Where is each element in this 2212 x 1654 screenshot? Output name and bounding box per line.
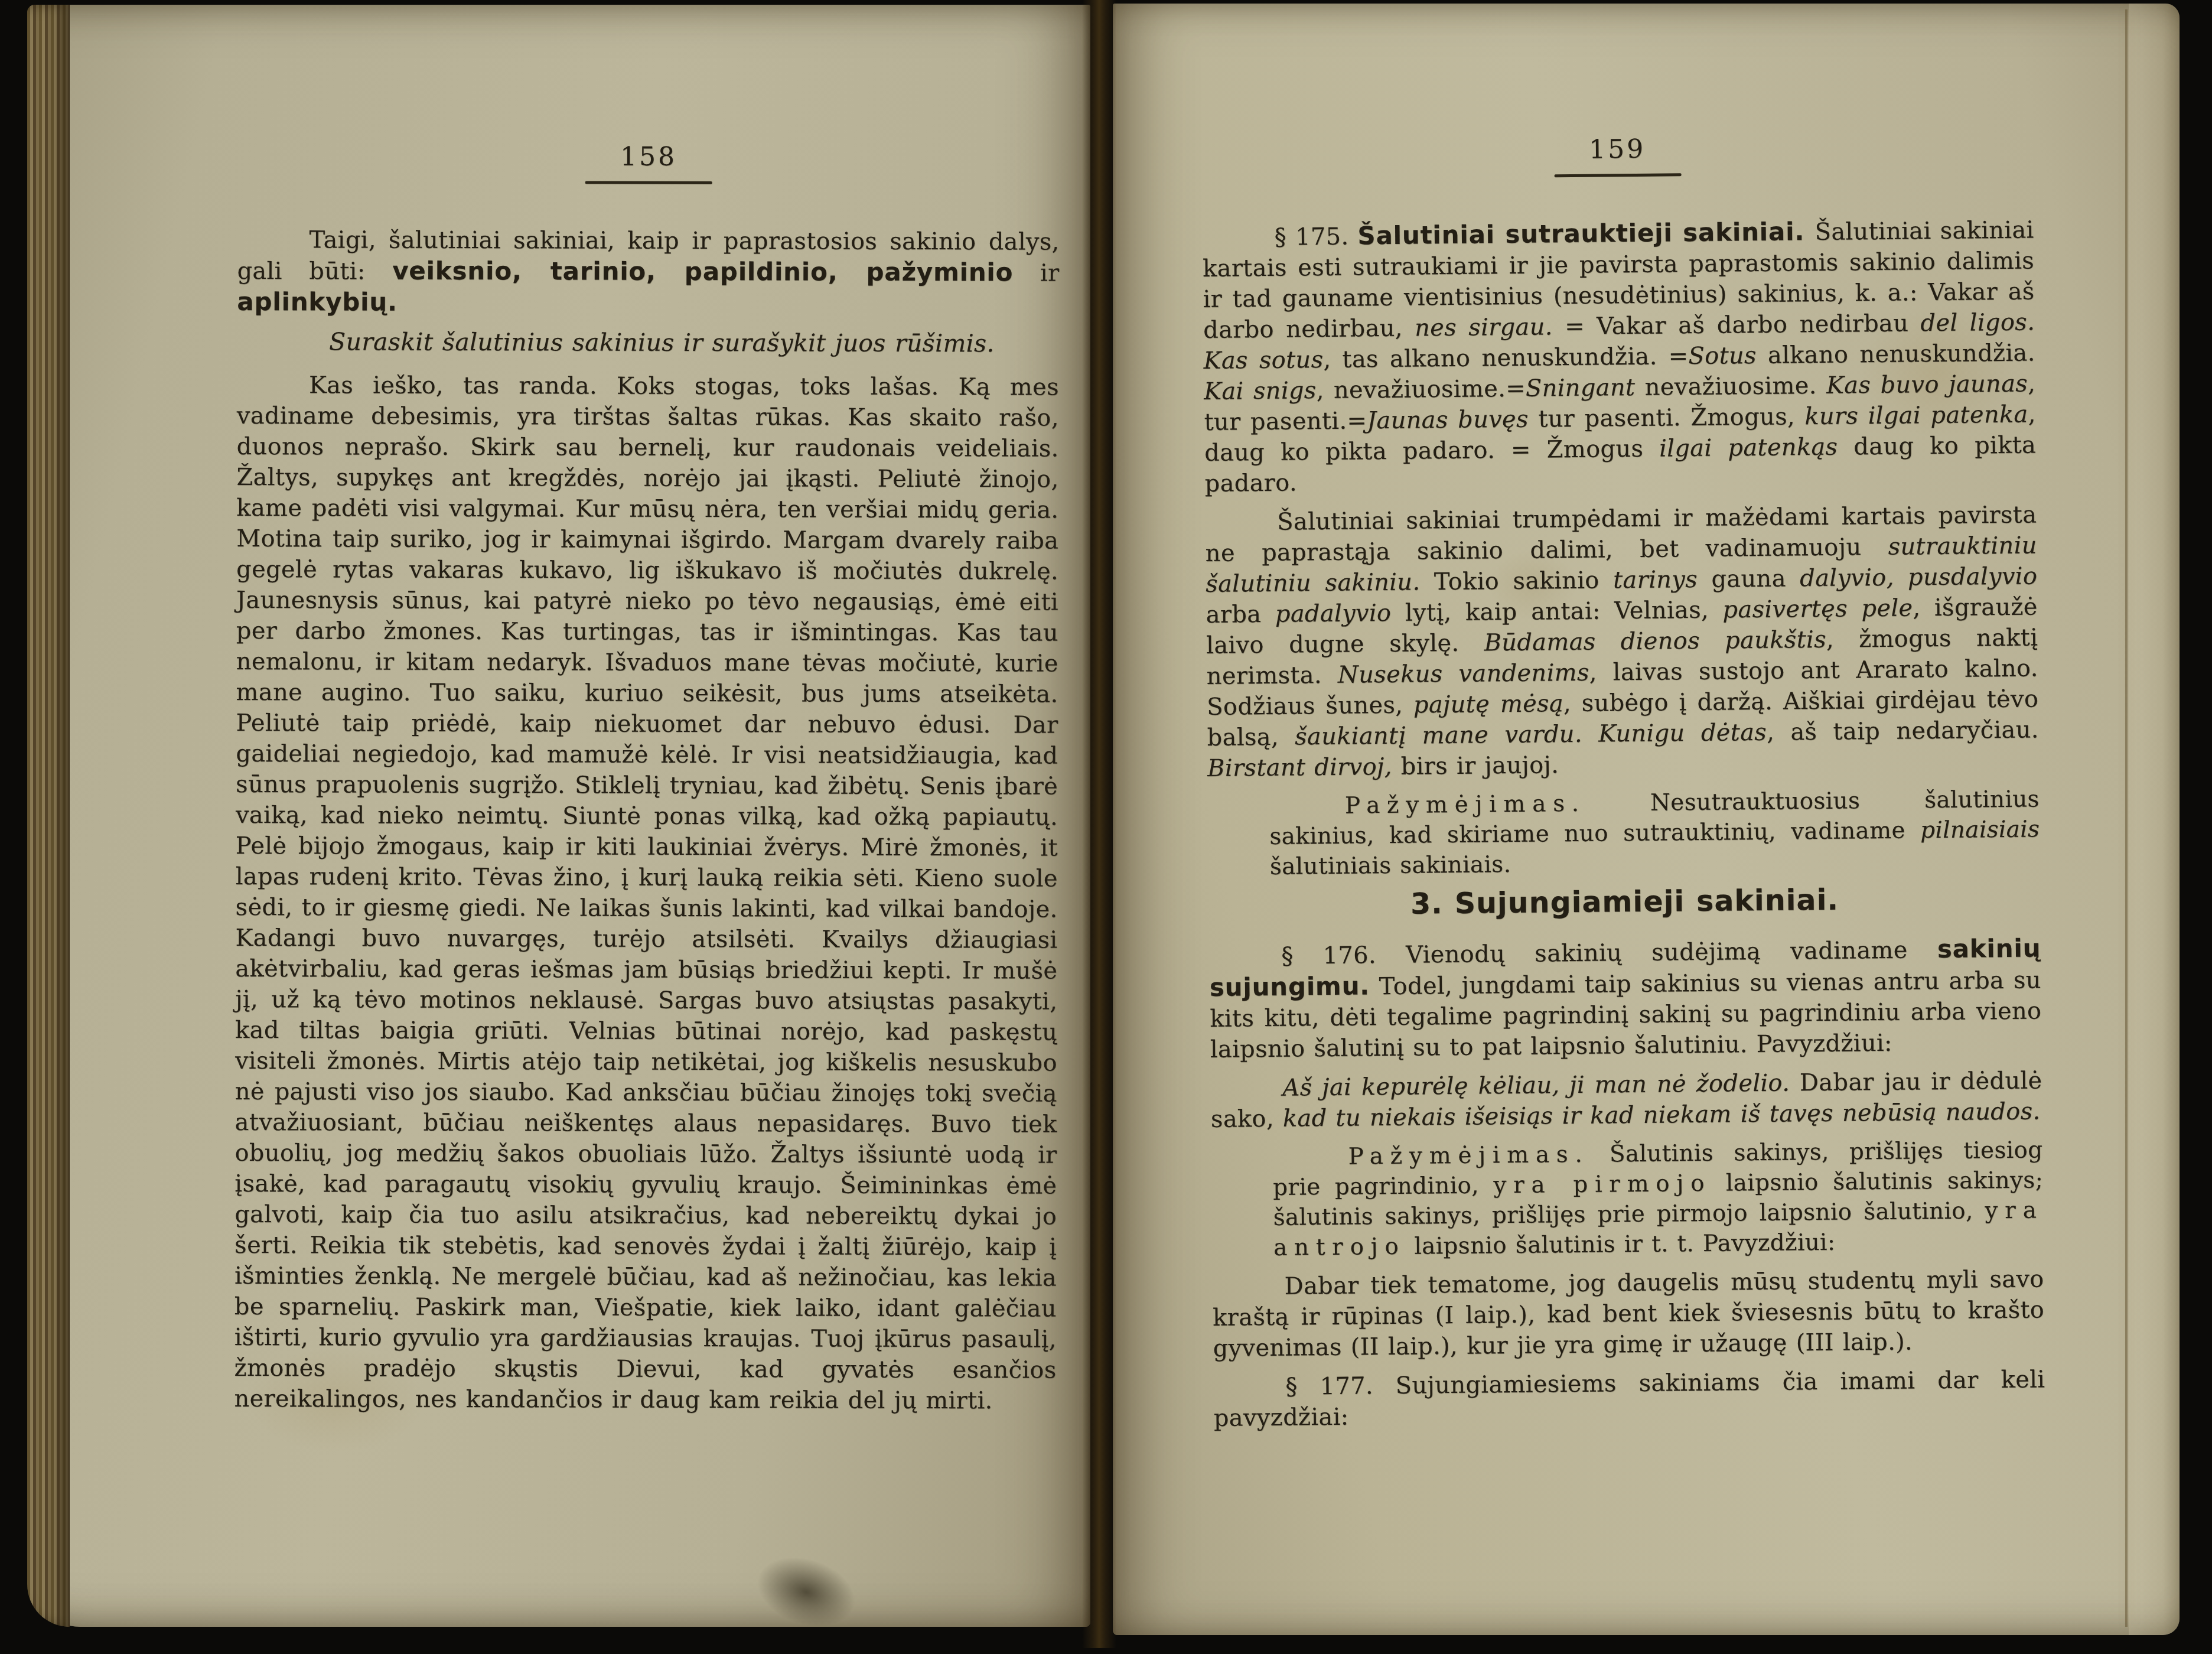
text-segment: pasivertęs pele — [1722, 594, 1913, 623]
exercise-instruction: Suraskit šalutinius sakinius ir surašyki… — [237, 326, 1059, 359]
degrees-example-paragraph: Dabar tiek tematome, jog daugelis mūsų s… — [1212, 1264, 2044, 1364]
text-segment: Birstant dirvoj, — [1207, 753, 1392, 782]
exercise-sentences-paragraph: Kas ieško, tas randa. Koks stogas, toks … — [234, 370, 1059, 1417]
text-segment: šalutiniais sakiniais. — [1270, 851, 1511, 880]
text-segment: Šalutiniai sutrauktieji sakiniai. — [1357, 217, 1815, 250]
text-segment: ilgai patenkąs — [1659, 434, 1838, 463]
left-page-blocks: Taigi, šalutiniai sakiniai, kaip ir papr… — [234, 224, 1059, 1417]
text-segment: yra pirmojo — [1493, 1170, 1711, 1199]
section-3-heading: 3. Sujungiamieji sakiniai. — [1208, 883, 2040, 923]
text-segment: Kai snigs — [1204, 377, 1317, 405]
text-segment: tarinys — [1613, 566, 1698, 594]
text-segment: Kas ieško, tas randa. Koks stogas, toks … — [234, 372, 1059, 1414]
page-fore-edge — [27, 5, 70, 1627]
text-segment: tur pasenti. Žmogus, — [1529, 403, 1805, 432]
text-segment: gauna — [1698, 565, 1800, 593]
text-segment: § 177. Sujungiamiesiems sakiniams čia im… — [1214, 1366, 2045, 1432]
text-segment: ir — [1013, 259, 1059, 286]
text-segment: Sotus — [1688, 342, 1757, 370]
text-segment: aplinkybių. — [237, 287, 398, 317]
text-segment: dalyvio, pusdalyvio — [1800, 562, 2038, 592]
text-segment: Sningant — [1526, 374, 1636, 402]
text-segment: del ligos. — [1920, 308, 2035, 337]
text-segment: Suraskit šalutinius sakinius ir surašyki… — [329, 327, 995, 357]
book-scan-canvas: 158 Taigi, šalutiniai sakiniai, kaip ir … — [0, 0, 2212, 1654]
text-segment: = Vakar aš darbo nedirbau — [1552, 310, 1920, 340]
right-page-text-column: 159 § 175. Šalutiniai sutrauktieji sakin… — [1201, 130, 2045, 1433]
text-segment: šaukiantį mane vardu. — [1295, 721, 1598, 751]
left-page-text-column: 158 Taigi, šalutiniai sakiniai, kaip ir … — [234, 141, 1060, 1417]
intro-paragraph: Taigi, šalutiniai sakiniai, kaip ir papr… — [237, 224, 1059, 320]
page-number-rule — [585, 181, 712, 185]
text-segment: Būdamas dienos paukštis — [1484, 626, 1826, 657]
note-pazymejimas-1: Pažymėjimas. Nesutrauktuosius šalutinius… — [1269, 784, 2040, 882]
section-175-paragraph: § 175. Šalutiniai sutrauktieji sakiniai.… — [1202, 214, 2036, 499]
text-segment: , aš taip nedaryčiau. — [1767, 716, 2039, 745]
text-segment: alkano nenuskundžia. — [1757, 339, 2035, 369]
text-segment: Dabar tiek tematome, jog daugelis mūsų s… — [1213, 1265, 2044, 1362]
text-segment: Tokio sakinio — [1420, 566, 1613, 595]
text-segment: birs ir jaujoj. — [1392, 751, 1559, 780]
text-segment: Kas sotus — [1203, 346, 1323, 375]
right-page-edge-strip — [2129, 4, 2180, 1635]
right-page-number-block: 159 — [1201, 130, 2034, 181]
text-segment: pilnaisiais — [1920, 816, 2040, 844]
text-segment: Jaunas buvęs — [1367, 406, 1529, 435]
text-segment: § 175. — [1274, 223, 1357, 250]
book-gutter — [1082, 0, 1116, 1648]
section-177-paragraph: § 177. Sujungiamiesiems sakiniams čia im… — [1213, 1364, 2045, 1434]
page-number: 158 — [620, 142, 677, 172]
left-page-number-block: 158 — [237, 141, 1060, 185]
contraction-paragraph: Šalutiniai sakiniai trumpėdami ir mažėda… — [1205, 499, 2039, 783]
text-segment: Pažymėjimas. — [1348, 1141, 1589, 1170]
text-segment: laipsnio šalutinis ir t. t. Pavyzdžiui: — [1405, 1229, 1835, 1260]
text-segment: veiksnio, tarinio, papildinio, pažyminio — [392, 256, 1013, 287]
example-paragraph: Aš jai kepurėlę kėliau, ji man nė žodeli… — [1210, 1065, 2042, 1135]
text-segment: § 176. Vienodų sakinių sudėjimą vadiname — [1281, 936, 1937, 970]
page-number: 159 — [1589, 134, 1646, 165]
text-segment: , nevažiuosime.= — [1316, 375, 1526, 404]
text-segment: Kas buvo jaunas — [1826, 370, 2028, 399]
text-segment: arba — [1206, 601, 1276, 629]
text-segment: Aš jai kepurėlę kėliau, ji man nė žodeli… — [1282, 1070, 1790, 1102]
text-segment: Pažymėjimas. — [1345, 790, 1586, 819]
section-176-paragraph: § 176. Vienodų sakinių sudėjimą vadiname… — [1209, 933, 2042, 1065]
text-segment: 3. Sujungiamieji sakiniai. — [1410, 883, 1839, 921]
text-segment: Kunigu dėtas — [1598, 719, 1767, 748]
text-segment: nes sirgau. — [1415, 313, 1553, 341]
page-number-rule — [1554, 173, 1681, 177]
note-pazymejimas-2: Pažymėjimas. Šalutinis sakinys, prišliję… — [1272, 1135, 2044, 1263]
text-segment: kurs ilgai patenka — [1804, 401, 2028, 431]
right-page-blocks: § 175. Šalutiniai sutrauktieji sakiniai.… — [1202, 214, 2045, 1433]
text-segment: Nusekus vandenims — [1338, 659, 1589, 689]
text-segment: lytį, kaip antai: Velnias, — [1391, 597, 1723, 627]
text-segment: padalyvio — [1275, 600, 1392, 628]
text-segment: , tas alkano nenuskundžia. = — [1323, 343, 1689, 373]
text-segment: kad tu niekais išeisiąs ir kad niekam iš… — [1283, 1098, 2041, 1132]
right-page-crease — [2125, 9, 2128, 1627]
text-segment: nevažiuosime. — [1635, 372, 1826, 401]
text-segment: pajutę mėsą — [1413, 690, 1563, 718]
